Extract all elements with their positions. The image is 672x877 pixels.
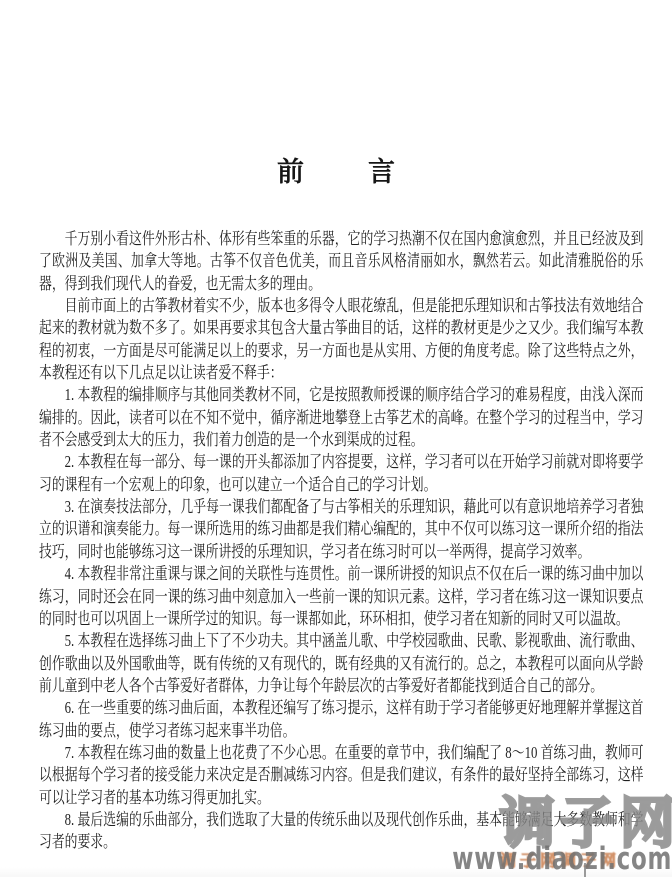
preface-body: 千万别小看这件外形古朴、体形有些笨重的乐器，它的学习热潮不仅在国内愈演愈烈，并且… xyxy=(39,228,644,854)
numbered-item-5: 5. 本教程在选择练习曲上下了不少功夫。其中涵盖儿歌、中学校园歌曲、民歌、影视歌… xyxy=(39,630,644,697)
numbered-item-1: 1. 本教程的编排顺序与其他同类教材不同，它是按照教师授课的顺序结合学习的难易程… xyxy=(39,384,644,451)
paragraph-motivation: 目前市面上的古筝教材着实不少，版本也多得令人眼花缭乱，但是能把乐理知识和古筝技法… xyxy=(39,295,644,384)
scanned-book-page: 前 言 千万别小看这件外形古朴、体形有些笨重的乐器，它的学习热潮不仅在国内愈演愈… xyxy=(0,0,672,877)
numbered-item-2: 2. 本教程在每一部分、每一课的开头都添加了内容提要，这样，学习者可以在开始学习… xyxy=(39,451,644,496)
page-title: 前 言 xyxy=(0,156,672,188)
title-char-qian: 前 xyxy=(277,156,304,188)
paragraph-intro: 千万别小看这件外形古朴、体形有些笨重的乐器，它的学习热潮不仅在国内愈演愈烈，并且… xyxy=(39,228,644,295)
numbered-item-4: 4. 本教程非常注重课与课之间的关联性与连贯性。前一课所讲授的知识点不仅在后一课… xyxy=(39,563,644,630)
numbered-item-6: 6. 在一些重要的练习曲后面，本教程还编写了练习提示，这样有助于学习者能够更好地… xyxy=(39,697,644,742)
watermark-cursor-mark xyxy=(584,863,586,877)
title-char-yan: 言 xyxy=(368,156,395,188)
watermark-url-text: www.diaozi.com xyxy=(452,842,672,876)
numbered-item-3: 3. 在演奏技法部分，几乎每一课我们都配备了与古筝相关的乐理知识，藉此可以有意识… xyxy=(39,496,644,563)
